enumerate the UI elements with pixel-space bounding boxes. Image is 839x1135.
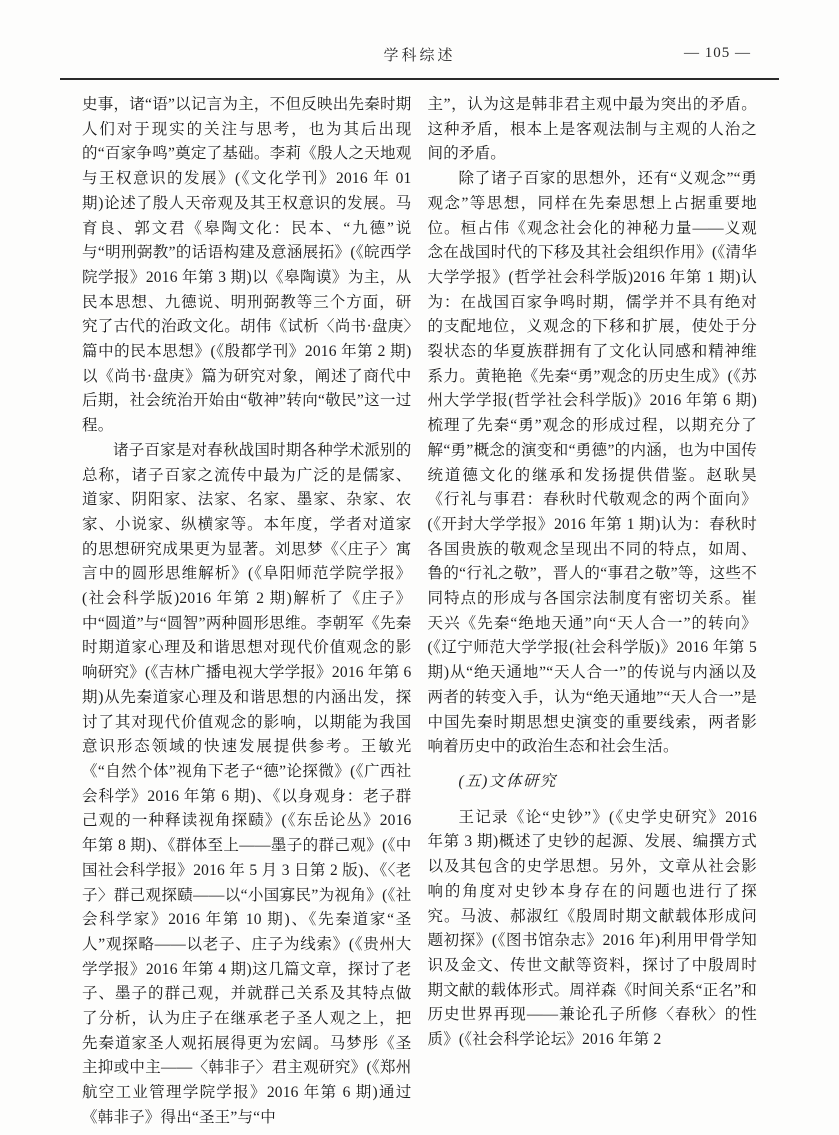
paragraph: 王记录《论“史钞”》(《史学史研究》2016 年第 3 期)概述了史钞的起源、发… — [428, 806, 758, 1053]
left-column: 史事，诸“语”以记言为主，不但反映出先秦时期人们对于现实的关注与思考，也为其后出… — [82, 93, 412, 1131]
right-column: 主”，认为这是韩非君主观中最为突出的矛盾。这种矛盾，根本上是客观法制与主观的人治… — [428, 93, 758, 1131]
subsection-heading: (五)文体研究 — [428, 770, 758, 795]
running-head-title: 学科综述 — [60, 44, 779, 65]
page-header: 学科综述 — 105 — — [60, 44, 779, 70]
paragraph: 诸子百家是对春秋战国时期各种学术派别的总称，诸子百家之流传中最为广泛的是儒家、道… — [82, 439, 412, 1131]
paragraph: 除了诸子百家的思想外，还有“义观念”“勇观念”等思想，同样在先秦思想上占据重要地… — [428, 167, 758, 760]
journal-page: 学科综述 — 105 — 史事，诸“语”以记言为主，不但反映出先秦时期人们对于现… — [0, 0, 839, 1135]
page-number: — 105 — — [684, 45, 751, 62]
paragraph-continued: 史事，诸“语”以记言为主，不但反映出先秦时期人们对于现实的关注与思考，也为其后出… — [82, 93, 412, 439]
two-column-body: 史事，诸“语”以记言为主，不但反映出先秦时期人们对于现实的关注与思考，也为其后出… — [60, 80, 779, 1131]
paragraph-continued: 主”，认为这是韩非君主观中最为突出的矛盾。这种矛盾，根本上是客观法制与主观的人治… — [428, 93, 758, 167]
